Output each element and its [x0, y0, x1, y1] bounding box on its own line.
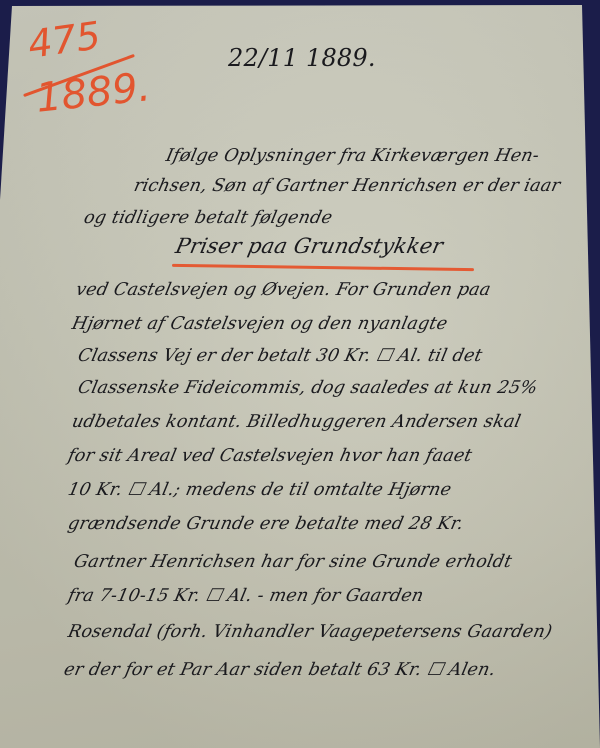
body-line: Gartner Henrichsen har for sine Grunde e…	[72, 552, 514, 572]
body-line: Classens Vej er der betalt 30 Kr. ☐ Al. …	[76, 346, 484, 366]
document-date: 22/11 1889.	[228, 44, 376, 72]
intro-line: og tidligere betalt følgende	[82, 208, 334, 228]
body-line: ved Castelsvejen og Øvejen. For Grunden …	[74, 280, 493, 300]
body-line: fra 7-10-15 Kr. ☐ Al. - men for Gaarden	[66, 586, 425, 606]
body-line: 10 Kr. ☐ Al.; medens de til omtalte Hjør…	[66, 480, 453, 500]
body-line: er der for et Par Aar siden betalt 63 Kr…	[62, 660, 497, 680]
body-line: Hjørnet af Castelsvejen og den nyanlagte	[70, 314, 449, 334]
body-line: Classenske Fideicommis, dog saaledes at …	[76, 378, 539, 398]
body-line: grændsende Grunde ere betalte med 28 Kr.	[66, 514, 465, 534]
body-line: udbetales kontant. Billedhuggeren Anders…	[70, 412, 523, 432]
section-heading: Priser paa Grundstykker	[173, 234, 445, 258]
body-line: for sit Areal ved Castelsvejen hvor han …	[66, 446, 474, 466]
intro-line: richsen, Søn af Gartner Henrichsen er de…	[132, 176, 562, 196]
body-line: Rosendal (forh. Vinhandler Vaagepetersen…	[66, 622, 554, 642]
intro-line: Ifølge Oplysninger fra Kirkeværgen Hen-	[164, 146, 541, 166]
